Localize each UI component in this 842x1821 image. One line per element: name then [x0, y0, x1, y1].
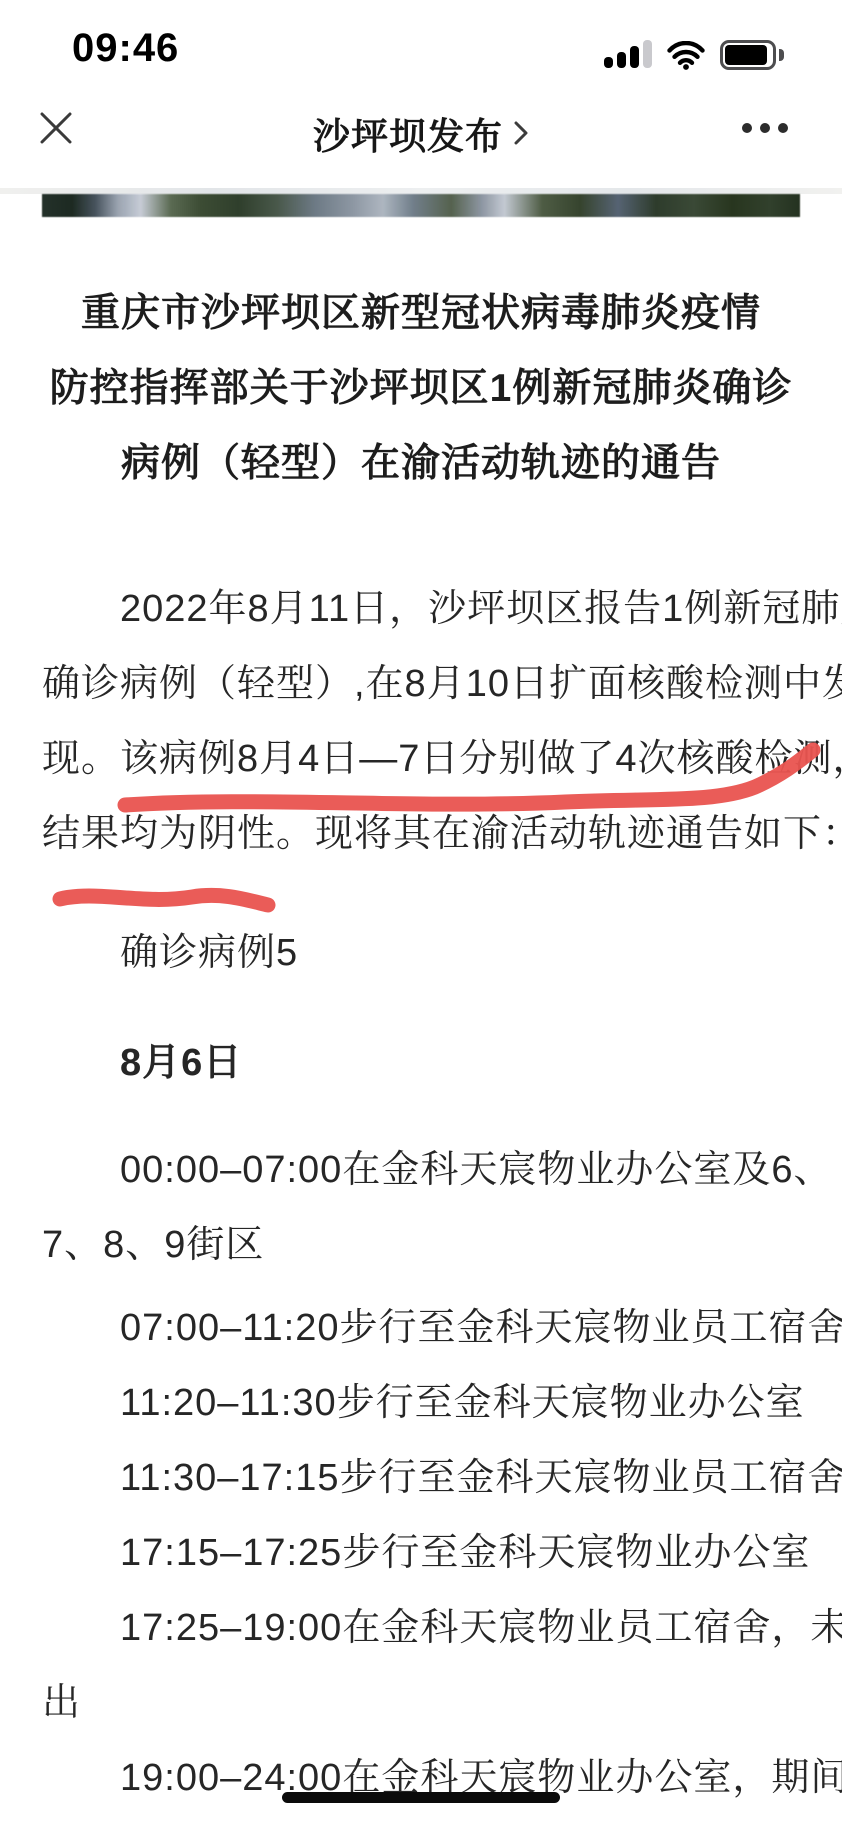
article-title: 重庆市沙坪坝区新型冠状病毒肺炎疫情 防控指挥部关于沙坪坝区1例新冠肺炎确诊 病例…	[30, 276, 812, 501]
paragraph-line: 结果均为阴性。现将其在渝活动轨迹通告如下：	[42, 797, 812, 872]
date-heading: 8月6日	[42, 1026, 812, 1101]
chevron-right-icon	[513, 118, 529, 148]
timeline-entry: 17:15–17:25步行至金科天宸物业办公室	[42, 1516, 812, 1591]
timeline-line: 11:20–11:30步行至金科天宸物业办公室	[42, 1366, 812, 1441]
timeline-line: 19:00–24:00在金科天宸物业办公室，期间到	[42, 1741, 812, 1816]
nav-bar: 沙坪坝发布	[0, 92, 842, 168]
article-header-image	[42, 194, 800, 217]
case-label: 确诊病例5	[42, 916, 812, 991]
article-body: 2022年8月11日，沙坪坝区报告1例新冠肺炎 确诊病例（轻型）,在8月10日扩…	[42, 572, 812, 1816]
cellular-signal-icon	[604, 40, 652, 70]
timeline-entry: 11:20–11:30步行至金科天宸物业办公室	[42, 1366, 812, 1441]
paragraph-line: 2022年8月11日，沙坪坝区报告1例新冠肺炎	[42, 572, 812, 647]
wifi-icon	[667, 41, 705, 70]
phone-screen: 09:46 沙坪坝发布	[0, 0, 842, 1821]
close-icon[interactable]	[36, 108, 76, 148]
paragraph-line: 确诊病例（轻型）,在8月10日扩面核酸检测中发	[42, 647, 812, 722]
timeline-line: 17:25–19:00在金科天宸物业员工宿舍，未外	[42, 1591, 812, 1666]
timeline-entry: 11:30–17:15步行至金科天宸物业员工宿舍	[42, 1441, 812, 1516]
timeline-line: 07:00–11:20步行至金科天宸物业员工宿舍	[42, 1291, 812, 1366]
timeline-line: 11:30–17:15步行至金科天宸物业员工宿舍	[42, 1441, 812, 1516]
title-line: 病例（轻型）在渝活动轨迹的通告	[30, 426, 812, 501]
timeline-entry: 00:00–07:00在金科天宸物业办公室及6、 7、8、9街区	[42, 1133, 812, 1283]
status-time: 09:46	[72, 26, 179, 71]
account-title: 沙坪坝发布	[313, 106, 503, 160]
timeline-line: 7、8、9街区	[42, 1208, 812, 1283]
timeline-entry: 19:00–24:00在金科天宸物业办公室，期间到	[42, 1741, 812, 1816]
timeline-entry: 17:25–19:00在金科天宸物业员工宿舍，未外 出	[42, 1591, 812, 1741]
title-line: 防控指挥部关于沙坪坝区1例新冠肺炎确诊	[30, 351, 812, 426]
home-indicator-bar[interactable]	[282, 1792, 560, 1803]
timeline-line: 17:15–17:25步行至金科天宸物业办公室	[42, 1516, 812, 1591]
paragraph-line: 现。该病例8月4日—7日分别做了4次核酸检测，	[42, 722, 812, 797]
account-title-link[interactable]: 沙坪坝发布	[313, 106, 529, 160]
more-menu-icon[interactable]	[742, 118, 788, 138]
timeline-entry: 07:00–11:20步行至金科天宸物业员工宿舍	[42, 1291, 812, 1366]
title-line: 重庆市沙坪坝区新型冠状病毒肺炎疫情	[30, 276, 812, 351]
battery-icon	[720, 40, 784, 70]
timeline-line: 出	[42, 1666, 812, 1741]
status-icons	[604, 38, 784, 70]
timeline-line: 00:00–07:00在金科天宸物业办公室及6、	[42, 1133, 812, 1208]
